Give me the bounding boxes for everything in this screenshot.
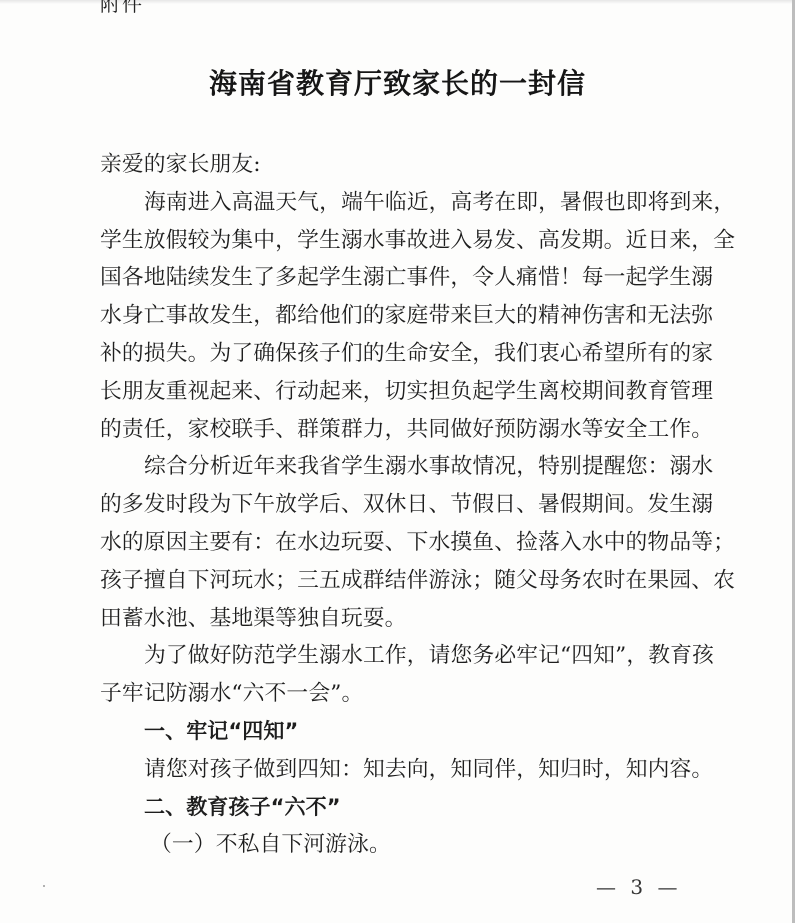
document-title: 海南省教育厅致家长的一封信 [0,62,795,102]
attachment-label: 附件 [100,0,144,17]
page-number: — 3 — [596,875,681,899]
section-heading-six-nots: 二、教育孩子“六不” [100,789,710,827]
salutation: 亲爱的家长朋友: [100,146,710,184]
paragraph-line: 长朋友重视起来、行动起来，切实担负起学生离校期间教育管理 [100,373,710,411]
paragraph-line: 为了做好防范学生溺水工作，请您务必牢记“四知”，教育孩 [100,637,710,675]
letter-body: 亲爱的家长朋友: 海南进入高温天气，端午临近，高考在即，暑假也即将到来， 学生放… [100,146,710,864]
paragraph-line: 田蓄水池、基地渠等独自玩耍。 [100,600,710,638]
list-item: （一）不私自下河游泳。 [100,826,710,864]
paragraph-line: 水身亡事故发生，都给他们的家庭带来巨大的精神伤害和无法弥 [100,297,710,335]
paragraph-line: 水的原因主要有：在水边玩耍、下水摸鱼、捡落入水中的物品等； [100,524,710,562]
paragraph-line: 综合分析近年来我省学生溺水事故情况，特别提醒您：溺水 [100,448,710,486]
paragraph-line: 学生放假较为集中，学生溺水事故进入易发、高发期。近日来，全 [100,222,710,260]
paragraph-line: 国各地陆续发生了多起学生溺亡事件，令人痛惜！每一起学生溺 [100,259,710,297]
paragraph-line: 补的损失。为了确保孩子们的生命安全，我们衷心希望所有的家 [100,335,710,373]
scan-speck [43,885,45,887]
paragraph-line: 的责任，家校联手、群策群力，共同做好预防溺水等安全工作。 [100,411,710,449]
paragraph-line: 的多发时段为下午放学后、双休日、节假日、暑假期间。发生溺 [100,486,710,524]
paragraph-line: 海南进入高温天气，端午临近，高考在即，暑假也即将到来， [100,184,710,222]
section-heading-four-knows: 一、牢记“四知” [100,713,710,751]
paragraph-line: 请您对孩子做到四知：知去向，知同伴，知归时，知内容。 [100,751,710,789]
paragraph-line: 孩子擅自下河玩水；三五成群结伴游泳；随父母务农时在果园、农 [100,562,710,600]
paragraph-line: 子牢记防溺水“六不一会”。 [100,675,710,713]
